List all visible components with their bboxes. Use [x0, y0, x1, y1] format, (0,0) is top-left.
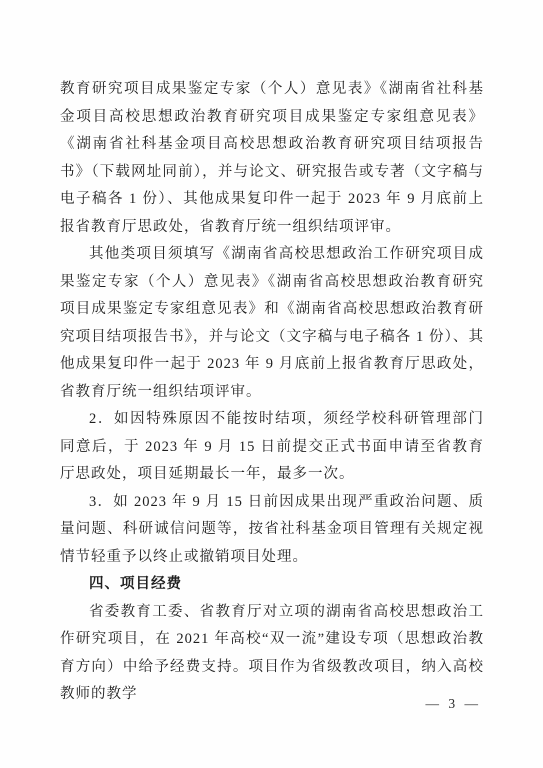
- paragraph-item-2-extension: 2．如因特殊原因不能按时结项，须经学校科研管理部门同意后，于 2023 年 9 …: [60, 406, 484, 489]
- paragraph-results-appraisal-continuation: 教育研究项目成果鉴定专家（个人）意见表》《湖南省社科基金项目高校思想政治教育研究…: [60, 76, 484, 241]
- document-page: 教育研究项目成果鉴定专家（个人）意见表》《湖南省社科基金项目高校思想政治教育研究…: [0, 0, 543, 768]
- section-heading-project-funding: 四、项目经费: [60, 571, 484, 599]
- document-body: 教育研究项目成果鉴定专家（个人）意见表》《湖南省社科基金项目高校思想政治教育研究…: [60, 76, 484, 709]
- paragraph-item-3-termination: 3．如 2023 年 9 月 15 日前因成果出现严重政治问题、质量问题、科研诚…: [60, 489, 484, 572]
- paragraph-other-project-types: 其他类项目须填写《湖南省高校思想政治工作研究项目成果鉴定专家（个人）意见表》《湖…: [60, 241, 484, 406]
- paragraph-funding-support: 省委教育工委、省教育厅对立项的湖南省高校思想政治工作研究项目，在 2021 年高…: [60, 599, 484, 709]
- page-number: — 3 —: [426, 696, 482, 712]
